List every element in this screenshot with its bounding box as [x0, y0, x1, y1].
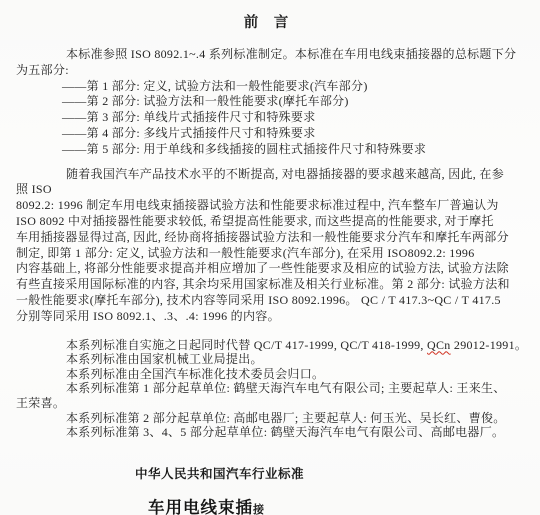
document-page: 前 言 本标准参照 ISO 8092.1~.4 系列标准制定。本标准在车用电线束…: [0, 0, 540, 515]
standard-type-heading: 中华人民共和国汽车行业标准: [135, 464, 528, 482]
text-line: 王荣喜。: [16, 396, 528, 411]
text-line: 随着我国汽车产品技术水平的不断提高, 对电器插接器的要求越来越高, 因此, 在参: [16, 167, 528, 183]
text-line: 照 ISO: [16, 182, 528, 198]
parts-list-item: ——第 2 部分: 试验方法和一般性能要求(摩托车部分): [16, 94, 528, 110]
document-main-title: 车用电线束插接: [148, 494, 528, 515]
background-paragraph: 随着我国汽车产品技术水平的不断提高, 对电器插接器的要求越来越高, 因此, 在参…: [16, 167, 528, 325]
spellcheck-flagged-word: QCn: [427, 338, 451, 352]
text-line: 分别等同采用 ISO 8092.1、.3、.4: 1996 的内容。: [16, 309, 528, 325]
text-line: 本系列标准由国家机械工业局提出。: [16, 352, 528, 367]
text-line: 本系列标准第 3、4、5 部分起草单位: 鹤壁天海汽车电气有限公司、高邮电器厂。: [16, 425, 528, 440]
main-title-text: 车用电线束插: [148, 498, 253, 515]
foreword-title: 前 言: [16, 11, 522, 32]
main-title-tail: 接: [253, 504, 264, 515]
text-line: 内容基础上, 将部分性能要求提高并相应增加了一些性能要求及相应的试验方法, 试验…: [16, 261, 528, 277]
parts-list: ——第 1 部分: 定义, 试验方法和一般性能要求(汽车部分) ——第 2 部分…: [16, 79, 528, 158]
text-line: 本系列标准第 2 部分起草单位: 高邮电器厂; 主要起草人: 何玉光、吴长红、曹…: [16, 411, 528, 426]
text-line: 8092.2: 1996 制定车用电线束插接器试验方法和性能要求标准过程中, 汽…: [16, 198, 528, 214]
text-line: 为五部分:: [16, 63, 528, 79]
replacement-line: 本系列标准自实施之日起同时代替 QC/T 417-1999, QC/T 418-…: [16, 338, 528, 353]
admin-paragraph: 本系列标准自实施之日起同时代替 QC/T 417-1999, QC/T 418-…: [16, 338, 528, 440]
text-segment: 本系列标准自实施之日起同时代替 QC/T 417-1999, QC/T 418-…: [66, 338, 427, 352]
text-line: ISO 8092 中对插接器性能要求较低, 希望提高性能要求, 而这些提高的性能…: [16, 214, 528, 230]
text-line: 本系列标准第 1 部分起草单位: 鹤壁天海汽车电气有限公司; 主要起草人: 王来…: [16, 381, 528, 396]
parts-list-item: ——第 5 部分: 用于单线和多线插接的圆柱式插接件尺寸和特殊要求: [16, 142, 528, 158]
intro-paragraph: 本标准参照 ISO 8092.1~.4 系列标准制定。本标准在车用电线束插接器的…: [16, 47, 528, 79]
text-line: 车用插接器显得过高, 因此, 经协商将插接器试验方法和一般性能要求分汽车和摩托车…: [16, 230, 528, 246]
text-line: 有些直接采用国际标准的内容, 其余均采用国家标准及相关行业标准。第 2 部分: …: [16, 277, 528, 293]
parts-list-item: ——第 4 部分: 多线片式插接件尺寸和特殊要求: [16, 126, 528, 142]
text-line: 一般性能要求(摩托车部分), 技术内容等同采用 ISO 8092.1996。 Q…: [16, 293, 528, 309]
text-line: 制定, 即第 1 部分: 定义, 试验方法和一般性能要求(汽车部分), 在采用 …: [16, 246, 528, 262]
parts-list-item: ——第 3 部分: 单线片式插接件尺寸和特殊要求: [16, 110, 528, 126]
parts-list-item: ——第 1 部分: 定义, 试验方法和一般性能要求(汽车部分): [16, 79, 528, 95]
text-segment: 29012-1991。: [451, 338, 528, 352]
text-line: 本系列标准由全国汽车标准化技术委员会归口。: [16, 367, 528, 382]
text-line: 本标准参照 ISO 8092.1~.4 系列标准制定。本标准在车用电线束插接器的…: [16, 47, 528, 63]
